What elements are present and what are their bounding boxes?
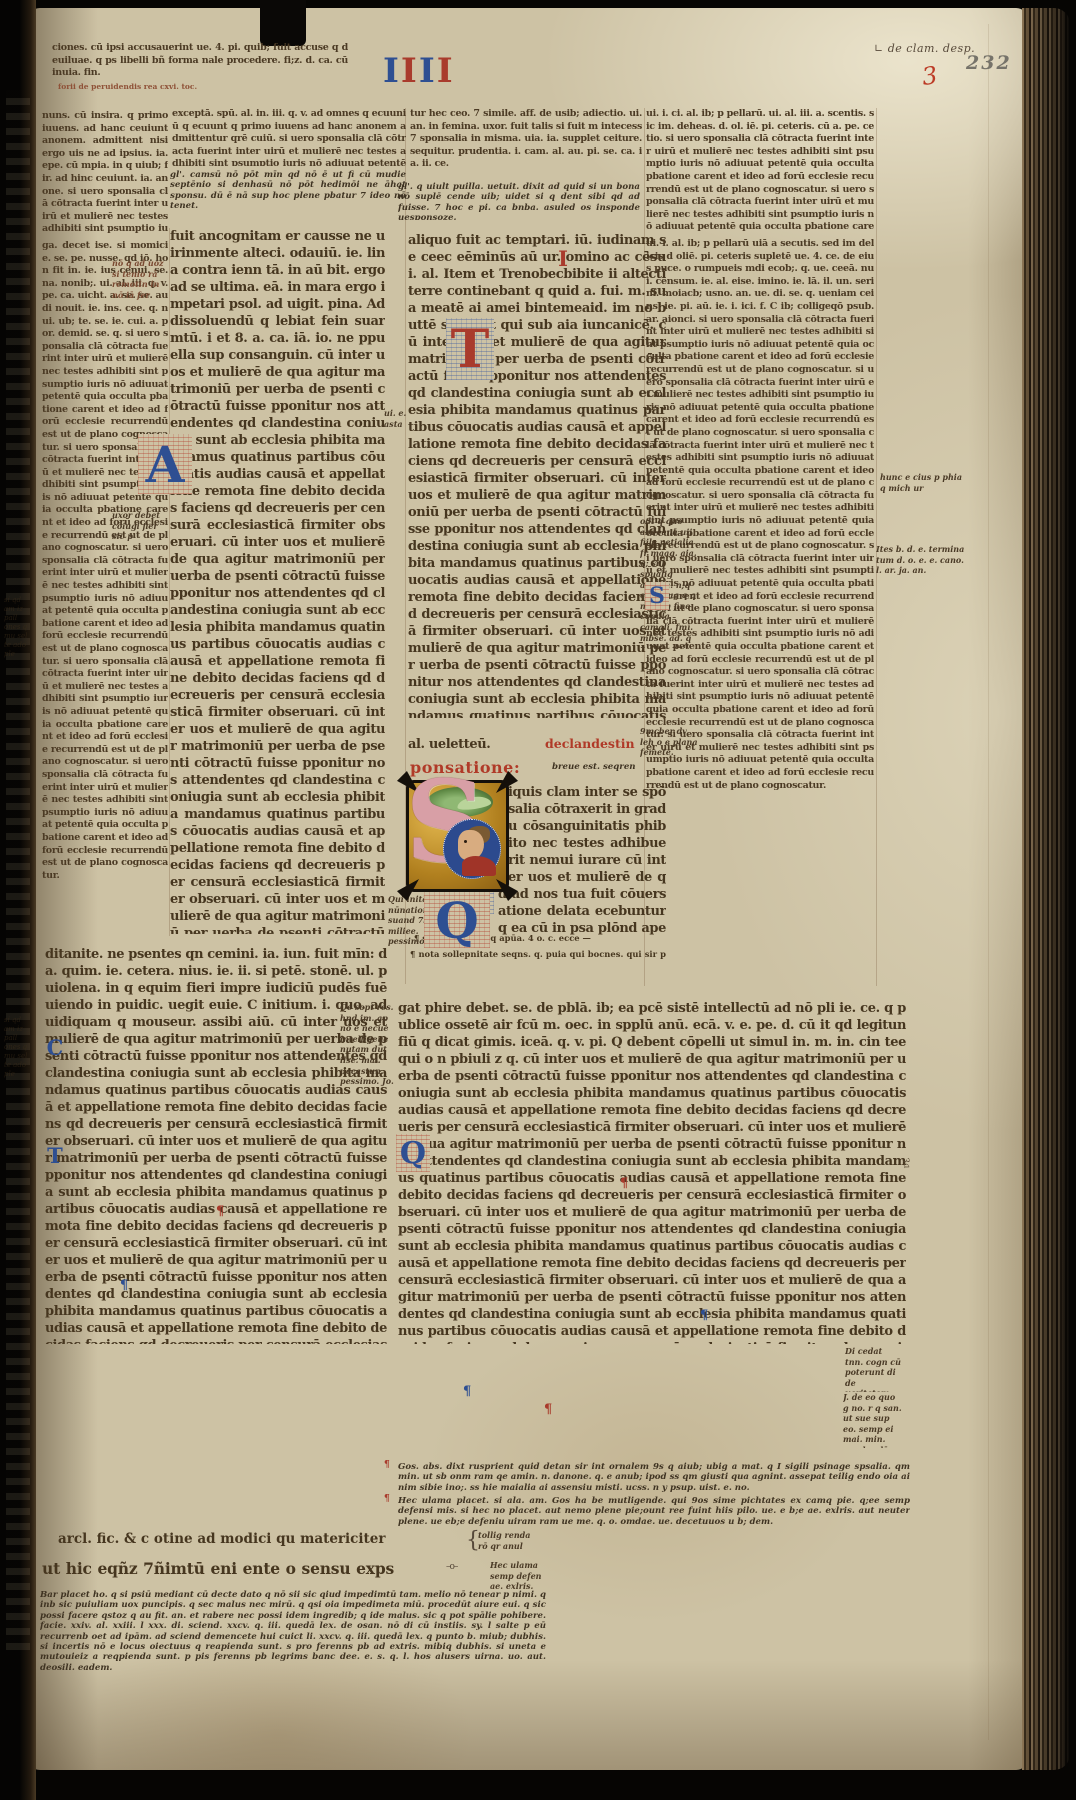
bottom-annotation-entry-2: Hec ulama placet. si ala. am. Gos ha be … — [398, 1496, 910, 1530]
lower-band-left-column: ditanite. ne psentes qn cemini. ia. iun.… — [45, 946, 387, 1344]
pen-initial-C-lower: C — [44, 1034, 66, 1060]
intercolumn-note-2: 9mcber dv leh o e plana femete. — [640, 726, 700, 766]
numeral-i-3: I — [419, 51, 437, 91]
corner-inscription: ∟ de clam. desp. — [874, 42, 975, 55]
column-footer-reference-2: ¶ nota sollepnitate seqns. q. puia qui b… — [410, 948, 666, 960]
bottom-heading-line: ut hic eqñz 7ñimtū eni ente o sensu exps… — [42, 1556, 394, 1584]
pen-initial-T-lower: T — [44, 1142, 66, 1168]
pen-initial-A: A — [138, 434, 192, 494]
main-text-line: al. ueletteū. — [408, 736, 542, 754]
interlinear-note-box-left: gl'. camsū nō pōt mīn qd nō ē ut fi cū m… — [170, 170, 406, 210]
margin-tie-mark: –o– — [446, 1562, 457, 1572]
folio-number: 232 — [966, 52, 1012, 74]
margin-note-right-4: J. de eo quo g no. r q san. ut sue sup e… — [843, 1392, 903, 1448]
figure-eye — [464, 840, 467, 843]
bottom-annotation-entry-1: Gos. abs. dixt rusprient quid detan sir … — [398, 1462, 910, 1494]
margin-note-bottom-1: tollig renda rō qr anul — [478, 1530, 542, 1556]
pen-initial-S-gloss: S — [645, 582, 669, 610]
margin-note-right-2: Ites b. d. e. termina tum d. o. e. e. ca… — [876, 544, 968, 584]
gloss-upper-center: exceptā. spū. al. in. iii. q. v. ad omne… — [172, 108, 406, 166]
gloss-upper-center-right: tur hec ceo. 7 simile. aff. de usib; adi… — [410, 108, 642, 178]
header-gloss: ciones. cū ipsi accusauerint ue. 4. pi. … — [52, 42, 348, 82]
ruling-line — [988, 24, 989, 1740]
figure-robe — [462, 856, 496, 876]
entry-mark-icon: ¶ — [384, 1494, 390, 1504]
pen-initial-Q: Q — [424, 892, 490, 948]
main-text-column-center: aliquo fuit ac temptari. iū. iudinam se … — [408, 232, 666, 718]
bottom-c-line: arcl. fic. & c otine ad modici qu materi… — [58, 1528, 414, 1552]
pilcrow-icon: ¶ — [120, 1278, 128, 1293]
pen-initial-Q-lower: Q — [396, 1134, 430, 1172]
gloss-upper-right-column: ui. i. ci. al. ib; p pellarū. ui. al. ii… — [646, 108, 874, 234]
pilcrow-icon: ¶ — [544, 1402, 552, 1417]
margin-brace: { — [466, 1528, 480, 1553]
left-margin-note-3: ui. e. asta — [384, 408, 426, 436]
header-gloss-reference: forii de peruidendis rea cxvi. toc. — [58, 82, 350, 93]
left-margin-note-1: uxor debet cōiugi fier sic p — [112, 510, 168, 554]
pilcrow-icon: ¶ — [216, 1204, 224, 1219]
pilcrow-icon: ¶ — [700, 1308, 708, 1323]
facing-page-text-hint — [6, 90, 30, 1650]
bookmark-tab — [260, 0, 306, 46]
far-margin-scribble-1: si qd am iz pall ones q mu sel te ado pl… — [4, 596, 34, 736]
numeral-i-2: I — [401, 51, 419, 91]
historiated-initial-S: S — [406, 780, 509, 892]
margin-note-right-1: hunc e cius p phia q mich ur — [880, 472, 966, 516]
manuscript-scan: ciones. cū ipsi accusauerint ue. 4. pi. … — [0, 0, 1076, 1800]
gloss-left-column: ga. decet ise. si momicie. se. pe. nusse… — [42, 240, 168, 938]
pen-initial-I: I — [555, 246, 571, 270]
main-text-beside-q-initial: d ad nos tua fuit cōuersatione delata ec… — [498, 886, 666, 936]
far-margin-scribble-2: si qd am iz pall ones q mu sel te ado pl… — [4, 1016, 34, 1166]
intercolumn-note-4: Qe sopt res. hnd im. ap nō e necue intel… — [340, 1002, 394, 1106]
book-fore-edge — [1022, 8, 1070, 1770]
numeral-i-1: I — [383, 51, 401, 91]
margin-note-right-3: Di cedat tnn. cogn cū poterunt di de uer… — [845, 1346, 903, 1392]
numeral-i-4: I — [437, 51, 455, 91]
bottom-cursive-commentary: Bar placet ho. q si psiū mediant cū dect… — [40, 1590, 546, 1682]
pilcrow-icon: ¶ — [463, 1384, 471, 1399]
margin-siglum: 3a — [900, 1157, 912, 1170]
entry-mark-icon: ¶ — [384, 1460, 390, 1470]
interlinear-note-box-right: gl'. q uiult puilla. uetuit. dixit ad qu… — [398, 182, 640, 220]
lower-band-right-column: gat phire debet. se. de pblā. ib; ea pcē… — [398, 1000, 906, 1344]
medallion-profile-head — [443, 819, 501, 879]
main-text-column-left: fuit ancognitam er causse ne uirinmente … — [170, 228, 385, 934]
pilcrow-icon: ¶ — [620, 1176, 628, 1191]
pen-initial-T: T — [446, 318, 494, 380]
running-header-numeral: IIII — [383, 54, 455, 88]
margin-note-bottom-2: Hec ulama semp defen ae. exlris. — [490, 1560, 552, 1602]
left-margin-note-2: nō q ad uoz si tenio rā remotin in nō iā… — [112, 258, 170, 302]
main-text-beside-initial: iquis clam inter se spōsalia cōtraxerit … — [508, 784, 666, 884]
gloss-upper-left-column: nuns. cū insira. q primo iuuens. ad hanc… — [42, 110, 168, 236]
